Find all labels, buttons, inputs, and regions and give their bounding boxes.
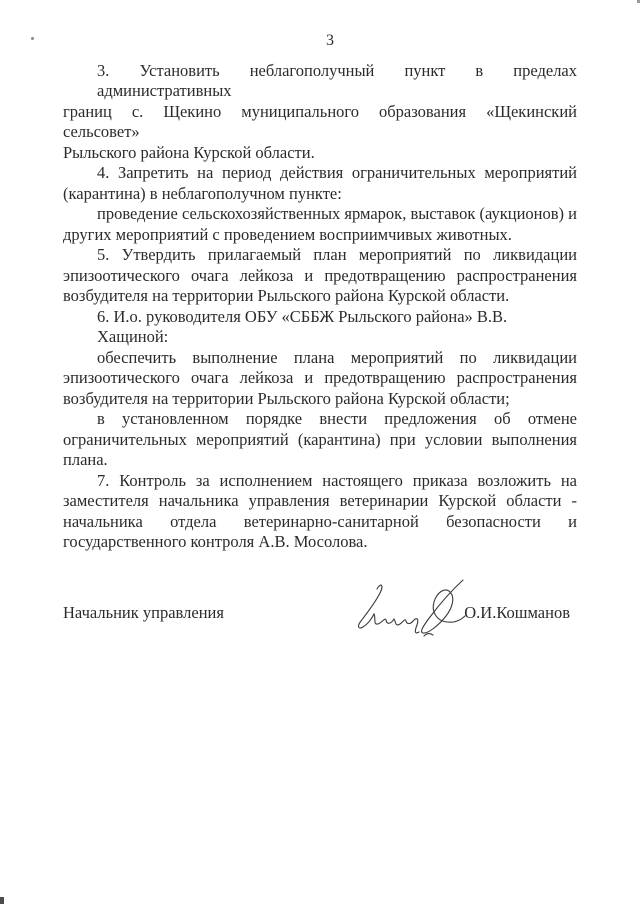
text-line: границ с. Щекино муниципального образова… xyxy=(63,102,577,143)
text-line: возбудителя на территории Рыльского райо… xyxy=(63,286,577,307)
paragraph: 7. Контроль за исполнением настоящего пр… xyxy=(63,471,577,553)
paragraph: в установленном порядке внести предложен… xyxy=(63,409,577,471)
signature-area: О.И.Кошманов xyxy=(464,603,577,624)
text-line: 4. Запретить на период действия ограничи… xyxy=(63,163,577,184)
text-line: возбудителя на территории Рыльского райо… xyxy=(63,389,577,410)
text-line: ограничительных мероприятий (карантина) … xyxy=(63,430,577,451)
paragraph: 3. Установить неблагополучный пункт в пр… xyxy=(63,61,577,164)
text-line: плана. xyxy=(63,450,577,471)
signer-name: О.И.Кошманов xyxy=(464,603,570,622)
text-line: 5. Утвердить прилагаемый план мероприяти… xyxy=(63,245,577,266)
signer-position-title: Начальник управления xyxy=(63,603,224,624)
text-line: в установленном порядке внести предложен… xyxy=(63,409,577,430)
signature-block: Начальник управления О.И.Кошманов xyxy=(63,603,577,624)
paragraph: проведение сельскохозяйственных ярмарок,… xyxy=(63,204,577,245)
text-line: 7. Контроль за исполнением настоящего пр… xyxy=(63,471,577,492)
text-line: эпизоотического очага лейкоза и предотвр… xyxy=(63,266,577,287)
text-line: государственного контроля А.В. Мосолова. xyxy=(63,532,577,553)
paragraph: обеспечить выполнение плана мероприятий … xyxy=(63,348,577,410)
scan-speck xyxy=(0,897,4,904)
handwritten-signature-icon xyxy=(351,577,466,639)
paragraph: 6. И.о. руководителя ОБУ «СББЖ Рыльского… xyxy=(63,307,577,348)
text-line: эпизоотического очага лейкоза и предотвр… xyxy=(63,368,577,389)
text-line: (карантина) в неблагополучном пункте: xyxy=(63,184,577,205)
document-page: 3 3. Установить неблагополучный пункт в … xyxy=(0,0,640,905)
text-line: начальника отдела ветеринарно-санитарной… xyxy=(63,512,577,533)
text-line: 6. И.о. руководителя ОБУ «СББЖ Рыльского… xyxy=(63,307,577,348)
page-number: 3 xyxy=(73,31,587,52)
document-body: 3. Установить неблагополучный пункт в пр… xyxy=(63,61,577,553)
scan-speck xyxy=(31,37,34,40)
text-line: 3. Установить неблагополучный пункт в пр… xyxy=(63,61,577,102)
paragraph: 4. Запретить на период действия ограничи… xyxy=(63,163,577,204)
text-line: других мероприятий с проведением восприи… xyxy=(63,225,577,246)
text-line: заместителя начальника управления ветери… xyxy=(63,491,577,512)
paragraph: 5. Утвердить прилагаемый план мероприяти… xyxy=(63,245,577,307)
text-line: проведение сельскохозяйственных ярмарок,… xyxy=(63,204,577,225)
text-line: обеспечить выполнение плана мероприятий … xyxy=(63,348,577,369)
text-line: Рыльского района Курской области. xyxy=(63,143,577,164)
